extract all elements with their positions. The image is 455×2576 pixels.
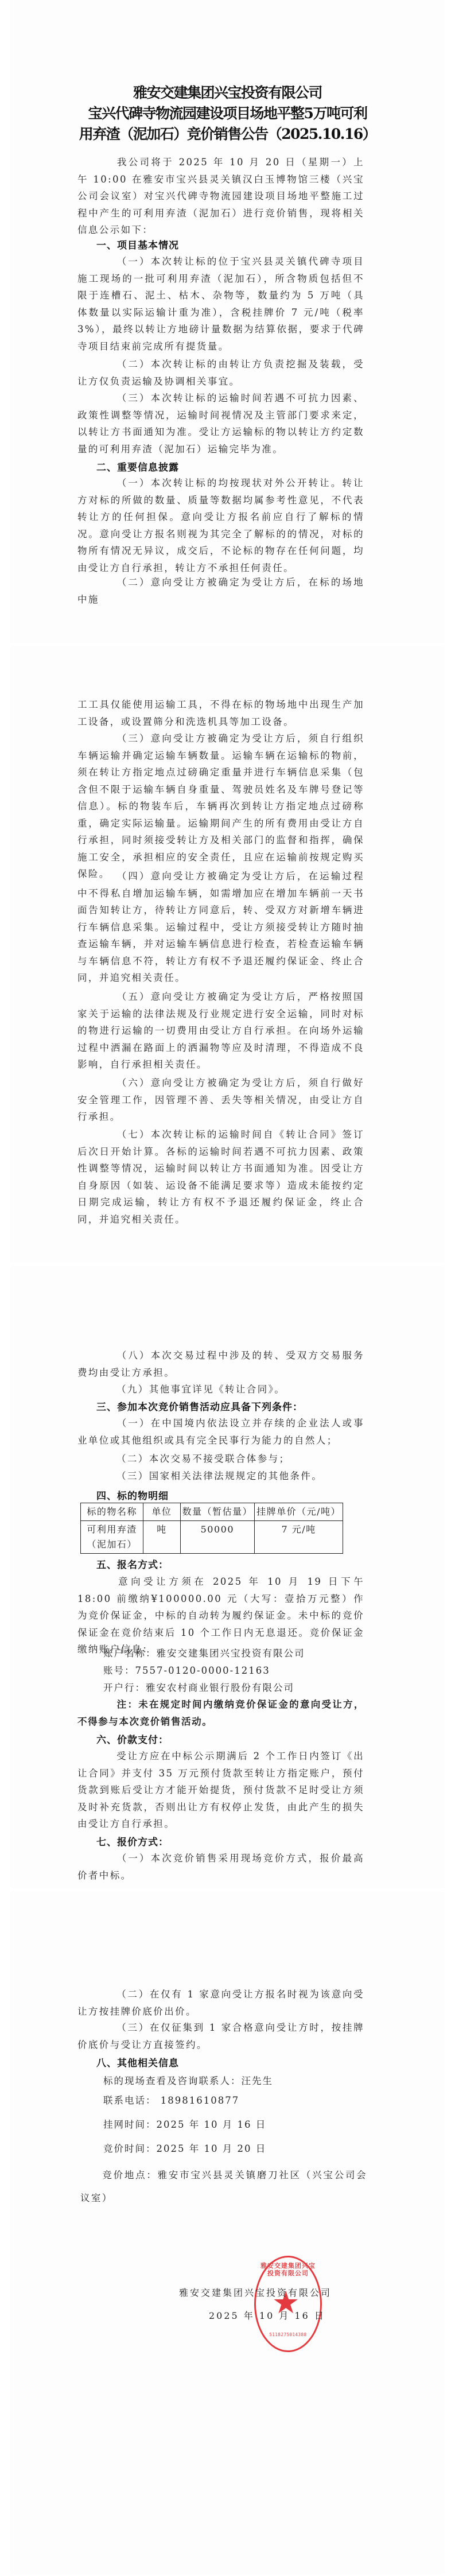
section-3-item-3-text: （三）国家相关法律法规规定的其他条件。: [116, 1471, 322, 1481]
section-6-body-text: 受让方应在中标公示期满后 2 个工作日内签订《出让合同》并支付 35 万元预付货…: [77, 1751, 364, 1829]
section-7-item-2-text: （二）在仅有 1 家意向受让方报名时视为该意向受让方按挂牌价底价出价。: [77, 1989, 364, 2017]
section-2-item-3: （三）意向受让方被确定为受让方后，须自行组织车辆运输并确定运输车辆数量。运输车辆…: [77, 730, 364, 883]
section-5-body-text: 意向受让方须在 2025 年 10 月 19 日下午 18:00 前缴纳¥100…: [77, 1576, 364, 1655]
items-table-header-row: 标的物名称 单位 数量（暂估量） 挂牌单价（元/吨）: [81, 1503, 343, 1521]
bid-place: 竞价地点：雅安市宝兴县灵关镇磨刀社区（兴宝公司会议室）: [80, 2164, 367, 2210]
table-row: 可利用弃渣（泥加石） 吨 50000 7 元/吨: [81, 1521, 343, 1554]
section-2-item-7-text: （七）本次转让标的运输时间自《转让合同》签订后次日开始计算。各标的运输时间若遇不…: [77, 1129, 364, 1225]
deposit-note: 注：未在规定时间内缴纳竞价保证金的意向受让方，不得参与本次竞价销售活动。: [77, 1696, 364, 1730]
bank-name: 开户行：雅安农村商业银行股份有限公司: [103, 1680, 294, 1694]
section-3-item-1: （一）在中国境内依法设立并存续的企业法人或事业单位或其他组织或具有完全民事行为能…: [77, 1415, 364, 1449]
cell-unit: 吨: [143, 1521, 180, 1554]
section-1-item-2: （二）本次转让标的由转让方负责挖掘及装载，受让方仅负责运输及协调相关事宜。: [77, 356, 364, 390]
cell-item-name: 可利用弃渣（泥加石）: [81, 1521, 143, 1554]
doc-title-line-3: 用弃渣（泥加石）竞价销售公告（2025.10.16）: [0, 125, 455, 143]
company-seal: 雅安交建集团兴宝投资有限公司 ★ 5118275014388: [254, 2256, 322, 2352]
section-8-heading: 八、其他相关信息: [96, 2055, 179, 2069]
section-1-item-1: （一）本次转让标的位于宝兴县灵关镇代碑寺项目施工现场的一批可利用弃渣（泥加石），…: [77, 253, 364, 355]
section-3-item-1-text: （一）在中国境内依法设立并存续的企业法人或事业单位或其他组织或具有完全民事行为能…: [77, 1418, 364, 1446]
section-5-heading: 五、报名方式：: [96, 1557, 169, 1571]
col-unit-price: 挂牌单价（元/吨）: [255, 1503, 343, 1521]
signature-company: 雅安交建集团兴宝投资有限公司: [179, 2286, 332, 2299]
contact-phone: 联系电话： 18981610877: [103, 2093, 239, 2106]
bid-place-text: 竞价地点：雅安市宝兴县灵关镇磨刀社区（兴宝公司会议室）: [80, 2170, 367, 2203]
col-item-name: 标的物名称: [81, 1503, 143, 1521]
section-3-item-3: （三）国家相关法律法规规定的其他条件。: [77, 1468, 364, 1485]
section-1-item-1-text: （一）本次转让标的位于宝兴县灵关镇代碑寺项目施工现场的一批可利用弃渣（泥加石），…: [77, 256, 364, 352]
section-2-item-2-cont: 工工具仅能使用运输工具，不得在标的物场地中出现生产加工设备，或设置筛分和洗选机具…: [77, 696, 364, 730]
section-2-item-6-text: （六）意向受让方被确定为受让方后，须自行做好安全管理工作，因管理不善、丢失等相关…: [77, 1077, 364, 1122]
signature-date: 2025 年 10 月 16 日: [209, 2309, 325, 2322]
section-2-item-6: （六）意向受让方被确定为受让方后，须自行做好安全管理工作，因管理不善、丢失等相关…: [77, 1074, 364, 1126]
section-7-heading: 七、报价方式：: [96, 1834, 169, 1848]
intro-text: 我公司将于 2025 年 10 月 20 日（星期一）上午 10:00 在雅安市…: [77, 157, 364, 235]
items-table: 标的物名称 单位 数量（暂估量） 挂牌单价（元/吨） 可利用弃渣（泥加石） 吨 …: [80, 1503, 343, 1554]
doc-title-line-1: 雅安交建集团兴宝投资有限公司: [0, 84, 455, 102]
section-7-item-3: （三）在仅征集到 1 家合格意向受让方时，按挂牌价底价与受让方直接签约。: [77, 2019, 364, 2053]
section-2-item-4: （四）意向受让方被确定为受让方后，在运输过程中不得私自增加运输车辆，如需增加应在…: [77, 868, 364, 987]
cell-unit-price: 7 元/吨: [255, 1521, 343, 1554]
seal-text: 雅安交建集团兴宝投资有限公司: [259, 2262, 317, 2277]
bid-date: 竞价时间：2025 年 10 月 20 日: [103, 2141, 266, 2155]
section-2-item-2-start: （二）意向受让方被确定为受让方后，在标的场地中施: [77, 574, 364, 608]
section-1-item-3: （三）本次转让标的运输时间若遇不可抗力因素、政策性调整等情况，运输时间视情况及主…: [77, 390, 364, 457]
section-2-item-5: （五）意向受让方被确定为受让方后，严格按照国家关于运输的法律法规及行业规定进行安…: [77, 988, 364, 1073]
section-3-heading: 三、参加本次竞价销售活动应具备下列条件：: [96, 1399, 303, 1413]
section-1-heading: 一、项目基本情况: [96, 237, 179, 251]
section-6-heading: 六、价款支付：: [96, 1732, 169, 1746]
intro-paragraph: 我公司将于 2025 年 10 月 20 日（星期一）上午 10:00 在雅安市…: [77, 154, 364, 239]
section-2-item-2-text-cont: 工工具仅能使用运输工具，不得在标的物场地中出现生产加工设备，或设置筛分和洗选机具…: [77, 699, 364, 727]
post-date: 挂网时间：2025 年 10 月 16 日: [103, 2117, 266, 2131]
section-3-item-2: （二）本次交易不接受联合体参与；: [77, 1450, 364, 1468]
section-2-heading: 二、重要信息披露: [96, 459, 179, 474]
section-1-item-3-text: （三）本次转让标的运输时间若遇不可抗力因素、政策性调整等情况，运输时间视情况及主…: [77, 393, 364, 455]
section-2-item-2-text-start: （二）意向受让方被确定为受让方后，在标的场地中施: [77, 577, 364, 605]
section-2-item-1: （一）本次转让标的均按现状对外公开转让。转让方对标的所做的数量、质量等数据均属参…: [77, 475, 364, 576]
section-2-item-3-text: （三）意向受让方被确定为受让方后，须自行组织车辆运输并确定运输车辆数量。运输车辆…: [77, 733, 364, 879]
section-7-item-1: （一）本次竞价销售采用现场竞价方式，报价最高价者中标。: [77, 1850, 364, 1884]
section-2-item-8: （八）本次交易过程中涉及的转、受双方交易服务费均由受让方承担。: [77, 1347, 364, 1381]
col-quantity: 数量（暂估量）: [180, 1503, 255, 1521]
col-unit: 单位: [143, 1503, 180, 1521]
section-1-item-2-text: （二）本次转让标的由转让方负责挖掘及装载，受让方仅负责运输及协调相关事宜。: [77, 359, 364, 387]
section-2-item-1-text: （一）本次转让标的均按现状对外公开转让。转让方对标的所做的数量、质量等数据均属参…: [77, 478, 364, 573]
section-7-item-1-text: （一）本次竞价销售采用现场竞价方式，报价最高价者中标。: [77, 1853, 364, 1881]
section-2-item-8-text: （八）本次交易过程中涉及的转、受双方交易服务费均由受让方承担。: [77, 1350, 364, 1378]
section-2-item-7: （七）本次转让标的运输时间自《转让合同》签订后次日开始计算。各标的运输时间若遇不…: [77, 1126, 364, 1228]
contact-person: 标的现场查看及咨询联系人：汪先生: [103, 2073, 273, 2087]
section-4-heading: 四、标的物明细: [96, 1488, 169, 1502]
deposit-note-text: 注：未在规定时间内缴纳竞价保证金的意向受让方，不得参与本次竞价销售活动。: [77, 1699, 364, 1727]
section-7-item-2: （二）在仅有 1 家意向受让方报名时视为该意向受让方按挂牌价底价出价。: [77, 1986, 364, 2020]
cell-quantity: 50000: [180, 1521, 255, 1554]
doc-title-line-2: 宝兴代碑寺物流园建设项目场地平整5万吨可利: [0, 104, 455, 123]
section-6-body: 受让方应在中标公示期满后 2 个工作日内签订《出让合同》并支付 35 万元预付货…: [77, 1748, 364, 1833]
account-number: 账号：7557-0120-0000-12163: [103, 1663, 270, 1677]
section-2-item-5-text: （五）意向受让方被确定为受让方后，严格按照国家关于运输的法律法规及行业规定进行安…: [77, 991, 364, 1070]
section-7-item-3-text: （三）在仅征集到 1 家合格意向受让方时，按挂牌价底价与受让方直接签约。: [77, 2022, 364, 2050]
section-2-item-9: （九）其他事宜详见《转让合同》。: [77, 1381, 364, 1398]
section-3-item-2-text: （二）本次交易不接受联合体参与；: [116, 1453, 290, 1464]
section-2-item-4-text: （四）意向受让方被确定为受让方后，在运输过程中不得私自增加运输车辆，如需增加应在…: [77, 871, 364, 983]
seal-code: 5118275014388: [262, 2332, 314, 2337]
account-name: 账户名称：雅安交建集团兴宝投资有限公司: [103, 1646, 305, 1659]
section-2-item-9-text: （九）其他事宜详见《转让合同》。: [116, 1384, 285, 1395]
